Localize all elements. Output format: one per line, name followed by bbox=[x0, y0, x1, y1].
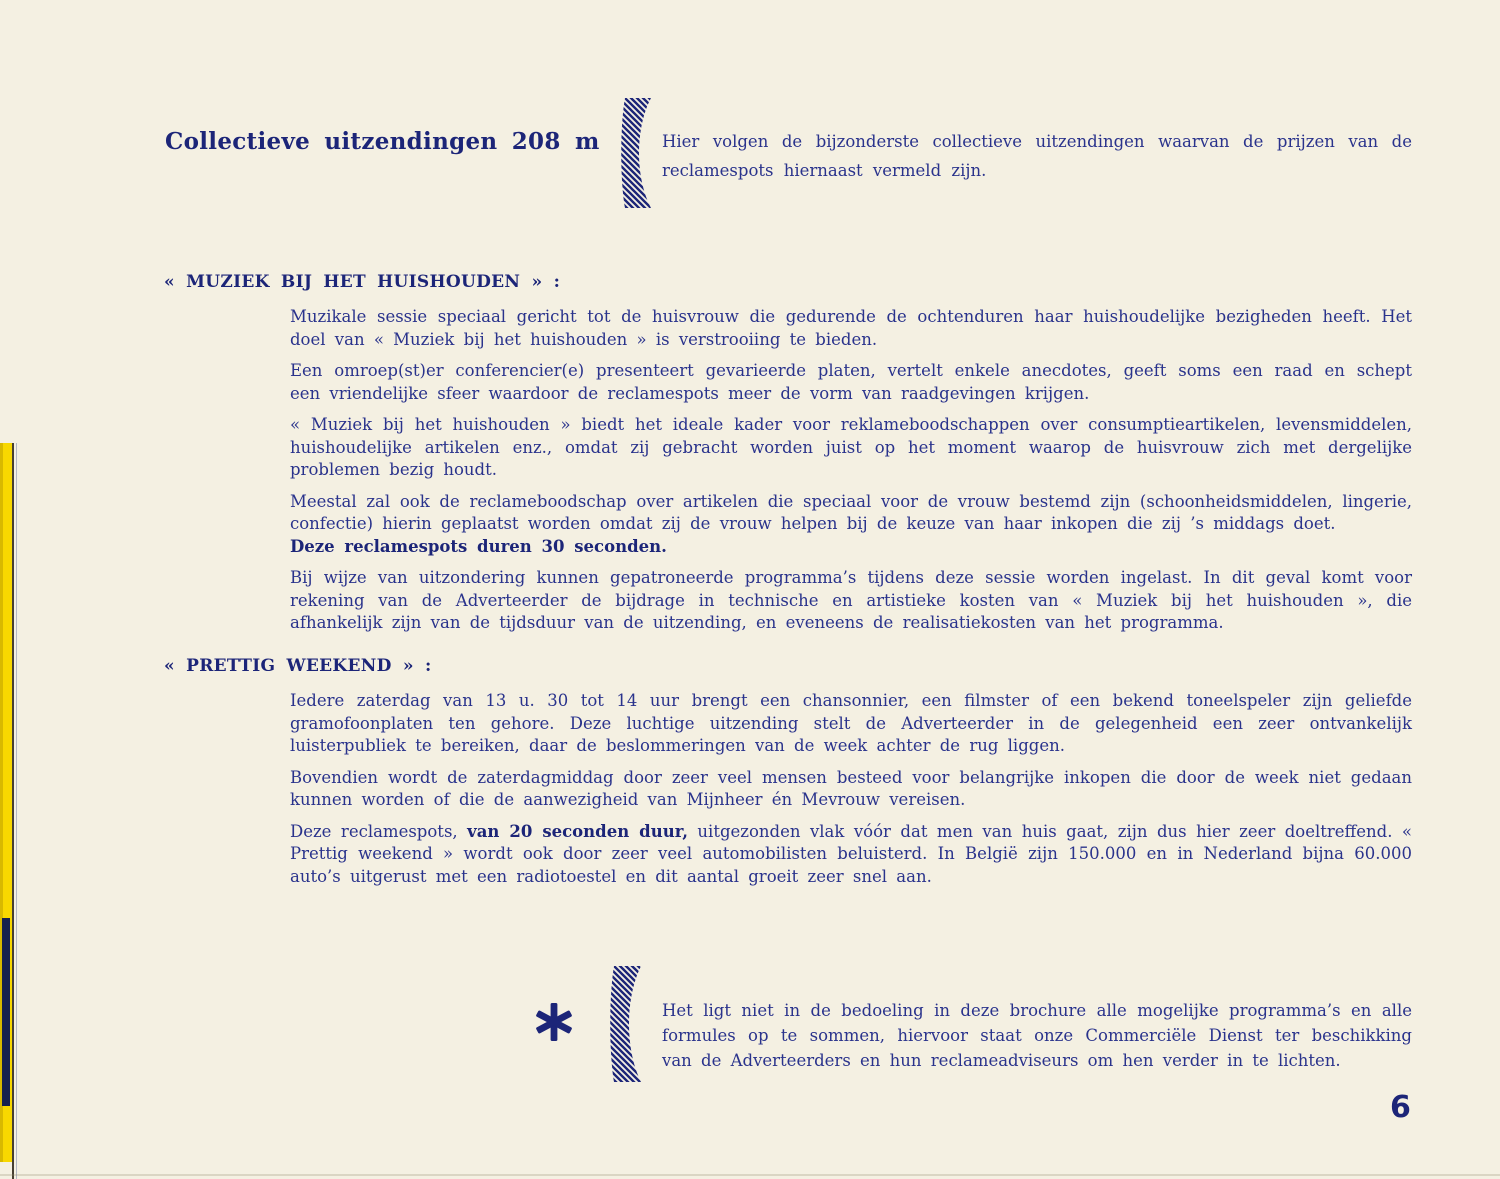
section-heading-muziek-bij-het-huishouden: « MUZIEK BIJ HET HUISHOUDEN » : bbox=[164, 272, 560, 292]
asterisk-icon bbox=[534, 1000, 574, 1048]
paragraph-bold-line: Deze reclamespots duren 30 seconden. bbox=[290, 536, 1412, 559]
section-body-muziek: Muzikale sessie speciaal gericht tot de … bbox=[290, 306, 1412, 644]
page-edge-navy-strip bbox=[2, 918, 10, 1106]
paragraph: Muzikale sessie speciaal gericht tot de … bbox=[290, 306, 1412, 351]
paragraph: Bij wijze van uitzondering kunnen gepatr… bbox=[290, 567, 1412, 635]
paragraph-text: Meestal zal ook de reclameboodschap over… bbox=[290, 492, 1412, 534]
paragraph-text: Muzikale sessie speciaal gericht tot de … bbox=[290, 307, 1412, 349]
paragraph: Een omroep(st)er conferencier(e) present… bbox=[290, 360, 1412, 405]
paragraph: Iedere zaterdag van 13 u. 30 tot 14 uur … bbox=[290, 690, 1412, 758]
paragraph-text: « Muziek bij het huishouden » biedt het … bbox=[290, 415, 1412, 479]
scan-bottom-edge bbox=[0, 1174, 1500, 1176]
paragraph: « Muziek bij het huishouden » biedt het … bbox=[290, 414, 1412, 482]
page-title: Collectieve uitzendingen 208 m bbox=[165, 128, 600, 155]
hatched-bracket-icon bbox=[608, 966, 642, 1086]
paragraph-text: Een omroep(st)er conferencier(e) present… bbox=[290, 361, 1412, 403]
paragraph: Meestal zal ook de reclameboodschap over… bbox=[290, 491, 1412, 559]
paragraph-text: Iedere zaterdag van 13 u. 30 tot 14 uur … bbox=[290, 691, 1412, 755]
page-edge-thin-line bbox=[16, 443, 17, 1179]
section-heading-prettig-weekend: « PRETTIG WEEKEND » : bbox=[164, 656, 432, 676]
footnote-text: Het ligt niet in de bedoeling in deze br… bbox=[662, 998, 1412, 1073]
paragraph: Bovendien wordt de zaterdagmiddag door z… bbox=[290, 767, 1412, 812]
page-edge-crease-line bbox=[12, 443, 14, 1179]
paragraph-text: Bovendien wordt de zaterdagmiddag door z… bbox=[290, 768, 1412, 810]
paragraph: Deze reclamespots, van 20 seconden duur,… bbox=[290, 821, 1412, 889]
section-body-prettig-weekend: Iedere zaterdag van 13 u. 30 tot 14 uur … bbox=[290, 690, 1412, 897]
brochure-page: Collectieve uitzendingen 208 m Hier volg… bbox=[0, 0, 1500, 1179]
hatched-bracket-icon bbox=[619, 98, 652, 212]
paragraph-text: Deze reclamespots, bbox=[290, 822, 467, 841]
intro-text: Hier volgen de bijzonderste collectieve … bbox=[662, 127, 1412, 185]
paragraph-text: Bij wijze van uitzondering kunnen gepatr… bbox=[290, 568, 1412, 632]
page-number: 6 bbox=[1390, 1090, 1411, 1125]
paragraph-bold-text: van 20 seconden duur, bbox=[467, 822, 688, 841]
